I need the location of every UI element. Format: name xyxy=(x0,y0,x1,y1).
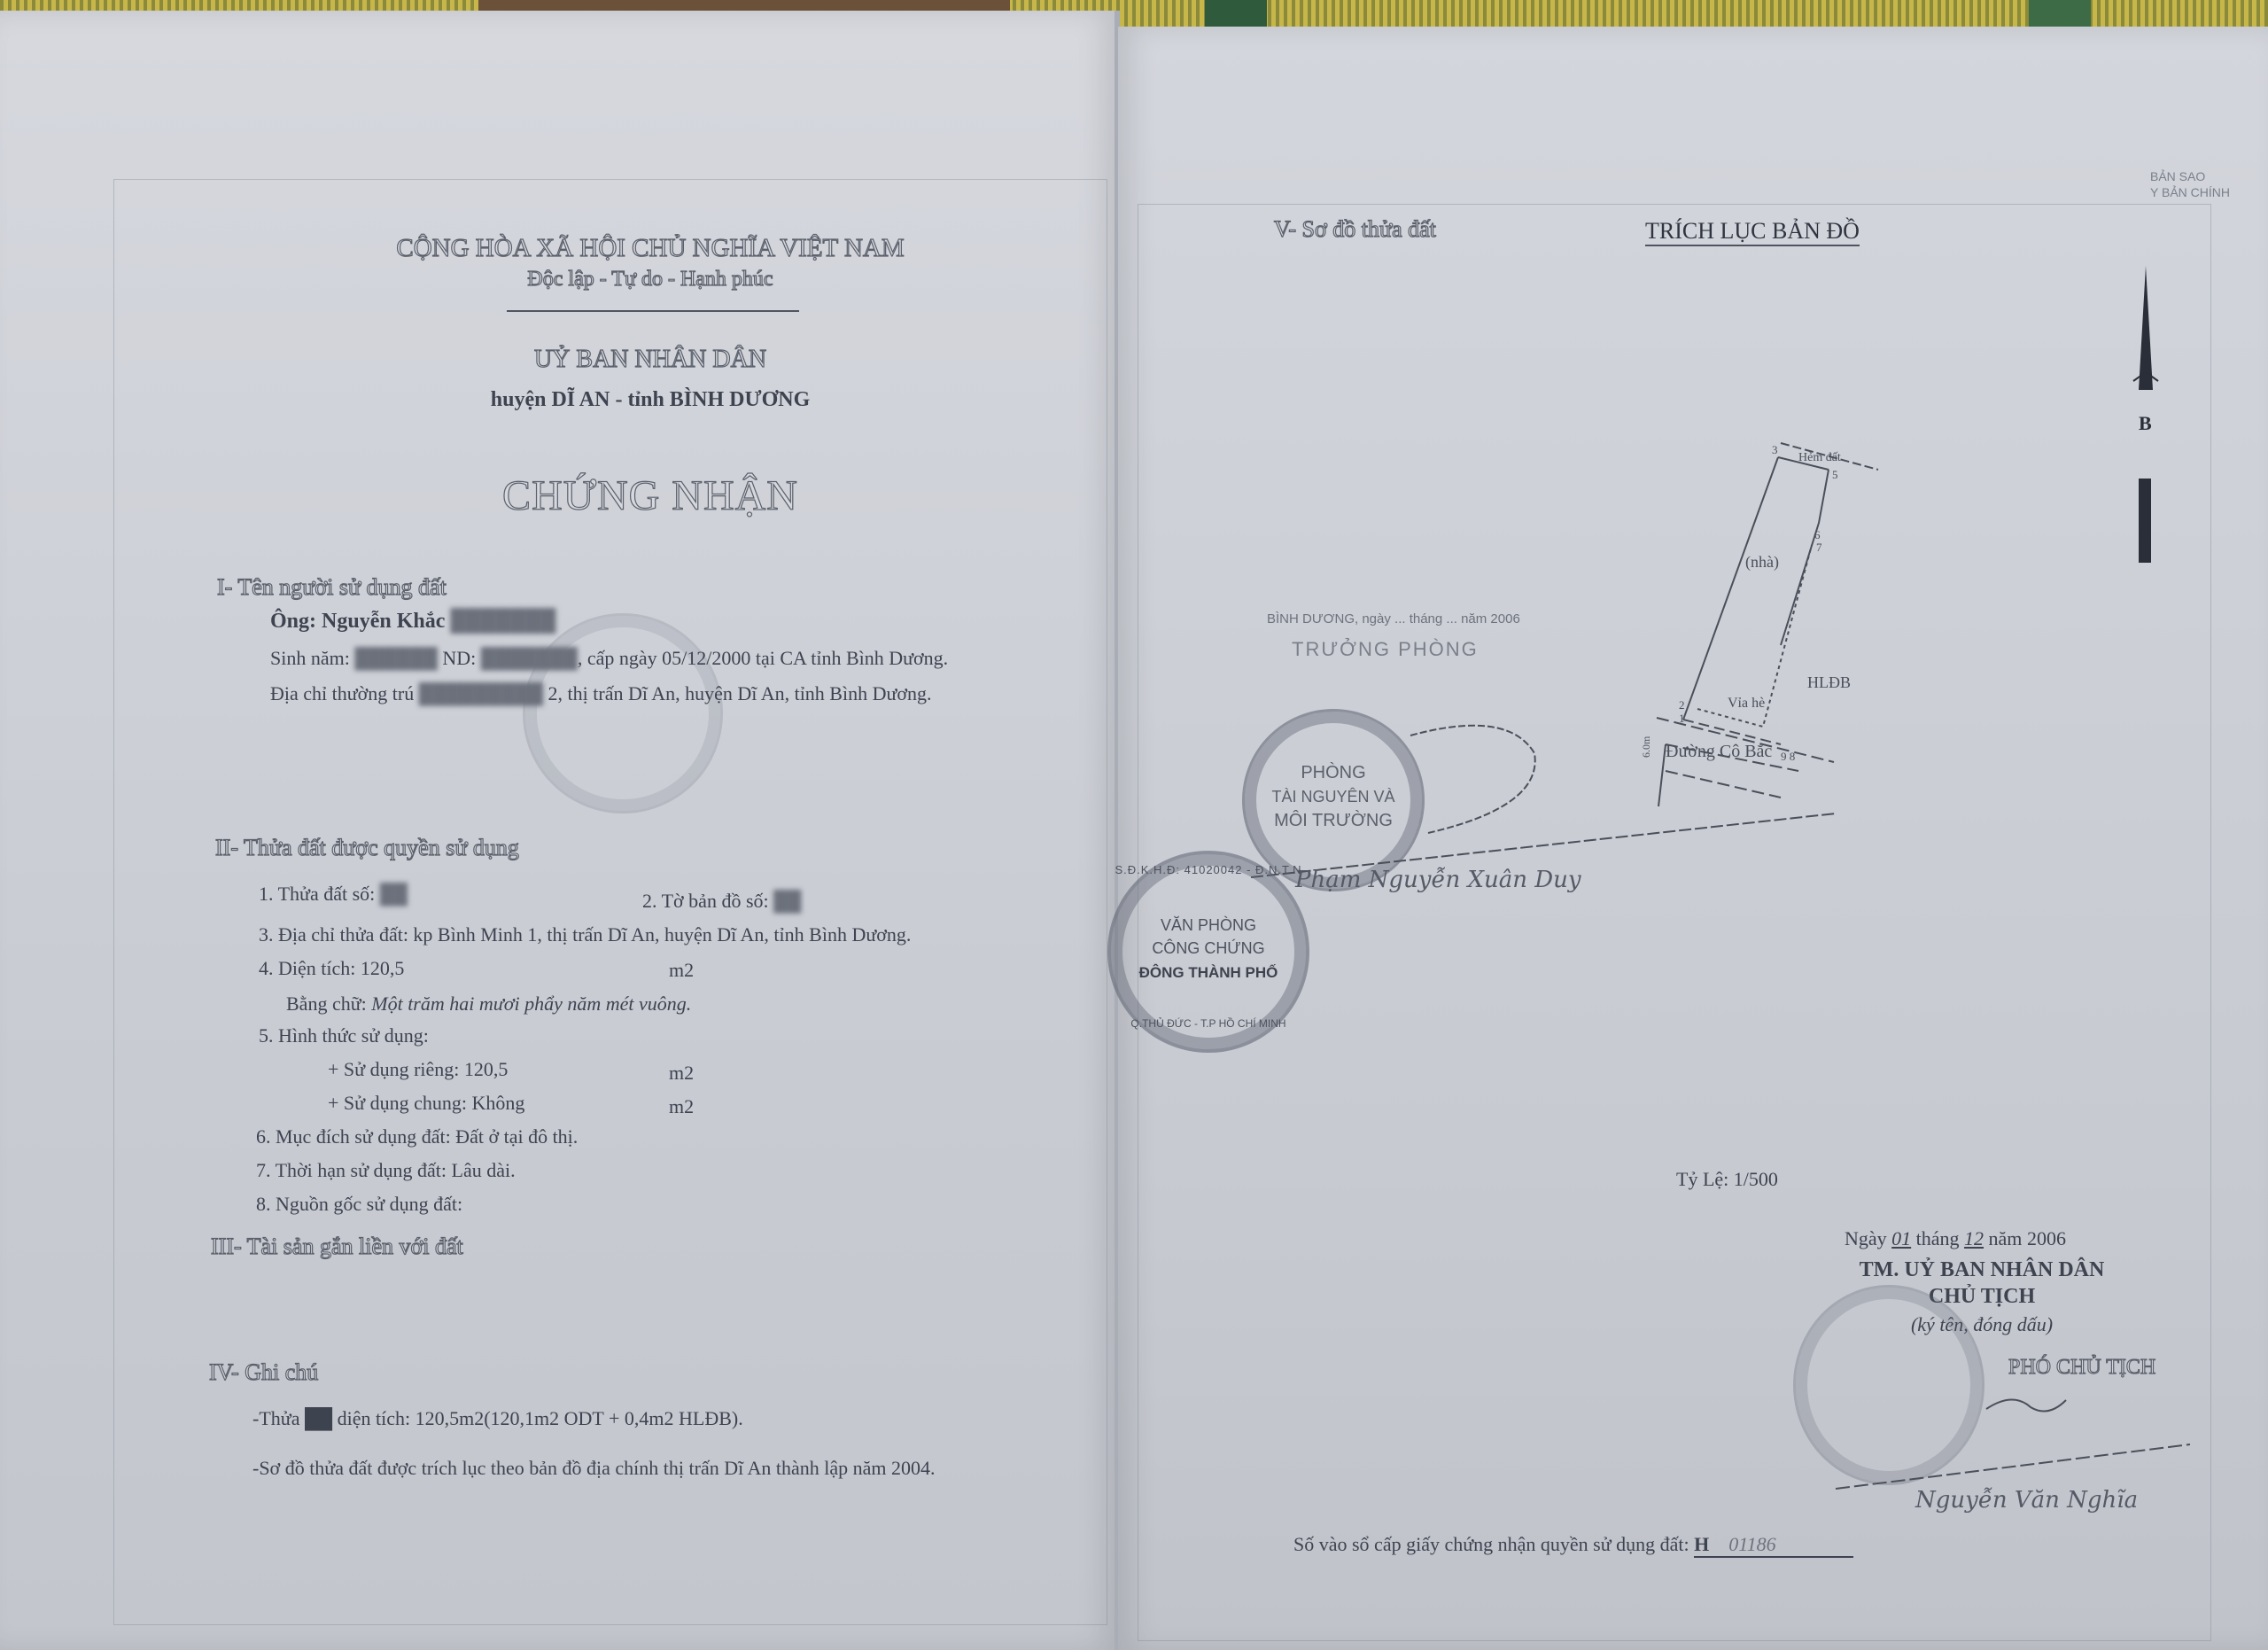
private-use: + Sử dụng riêng: 120,5 xyxy=(328,1058,508,1081)
map-sheet-label: 2. Tờ bản đồ số: xyxy=(642,890,769,912)
register-label: Số vào sổ cấp giấy chứng nhận quyền sử d… xyxy=(1293,1533,1689,1555)
shared-use: + Sử dụng chung: Không xyxy=(328,1092,524,1115)
corner-note-line: BẢN SAO xyxy=(2150,168,2230,184)
chairman-signature-stroke xyxy=(1774,1382,2199,1498)
owner-redacted: ███████ xyxy=(450,610,555,633)
signing-day: 01 xyxy=(1891,1227,1911,1249)
alley-label: Hẻm đất xyxy=(1798,451,1841,464)
register-number-line: Số vào sổ cấp giấy chứng nhận quyền sử d… xyxy=(1293,1533,1853,1558)
issuer-location: huyện DĨ AN - tỉnh BÌNH DƯƠNG xyxy=(491,388,811,412)
owner-birth-id: Sinh năm: ██████ ND: ███████, cấp ngày 0… xyxy=(270,647,948,670)
parcel-number-redacted: ██ xyxy=(380,883,408,905)
register-number-field: H 01186 xyxy=(1694,1533,1853,1558)
map-scale: Tỷ Lệ: 1/500 xyxy=(1676,1168,1778,1191)
map-title: TRÍCH LỤC BẢN ĐỒ xyxy=(1645,218,1860,246)
private-use-unit: m2 xyxy=(669,1062,694,1085)
certificate-left-page: CỘNG HÒA XÃ HỘI CHỦ NGHĨA VIỆT NAM Độc l… xyxy=(0,11,1118,1650)
signing-month: 12 xyxy=(1964,1227,1984,1249)
parcel-area: 4. Diện tích: 120,5 xyxy=(259,957,404,980)
note-2: -Sơ đồ thửa đất được trích lục theo bản … xyxy=(252,1457,936,1480)
land-purpose: 6. Mục đích sử dụng đất: Đất ở tại đô th… xyxy=(256,1125,578,1148)
corner-note-line: Y BẢN CHÍNH xyxy=(2150,184,2230,200)
land-term: 7. Thời hạn sử dụng đất: Lâu dài. xyxy=(256,1159,516,1182)
motto-underline xyxy=(507,310,799,312)
section2-heading: II- Thửa đất được quyền sử dụng xyxy=(215,835,519,861)
plot-point-5: 5 xyxy=(1832,468,1838,481)
plot-point-6: 6 xyxy=(1814,528,1821,541)
signing-date: Ngày 01 tháng 12 năm 2006 xyxy=(1845,1227,2066,1250)
address-redacted: █████████ xyxy=(419,682,543,704)
certification-title: TRƯỞNG PHÒNG xyxy=(1292,638,1479,661)
house-label: (nhà) xyxy=(1745,553,1779,572)
land-origin: 8. Nguồn gốc sử dụng đất: xyxy=(256,1193,462,1216)
notary-ring-bottom: Q.THỦ ĐỨC - T.P HỒ CHÍ MINH xyxy=(1111,1017,1306,1030)
address-label: Địa chỉ thường trú xyxy=(270,682,414,704)
area-words-label: Bằng chữ: xyxy=(286,992,367,1015)
plot-point-7: 7 xyxy=(1816,541,1822,554)
map-sheet-redacted: ██ xyxy=(773,890,801,912)
notary-line: VĂN PHÒNG xyxy=(1111,916,1306,935)
parcel-area-unit: m2 xyxy=(669,959,694,982)
owner-name: Ông: Nguyễn Khắc ███████ xyxy=(270,610,555,634)
notary-ring-top: S.Đ.K.H.Đ: 41020042 - Đ.N.T.N xyxy=(1111,863,1306,876)
plot-point-3: 3 xyxy=(1772,443,1778,456)
signing-org: TM. UỶ BAN NHÂN DÂN xyxy=(1860,1258,2105,1282)
register-number: 01186 xyxy=(1728,1533,1775,1555)
chairman-name: Nguyễn Văn Nghĩa xyxy=(1915,1487,2138,1514)
notary-line: CÔNG CHỨNG xyxy=(1111,939,1306,958)
area-in-words: Bằng chữ: Một trăm hai mươi phẩy năm mét… xyxy=(286,992,691,1016)
north-arrow-icon: B xyxy=(2126,248,2179,576)
hldb-label: HLĐB xyxy=(1807,673,1851,691)
certification-place-date: BÌNH DƯƠNG, ngày ... tháng ... năm 2006 xyxy=(1267,611,1520,627)
parcel-number-label: 1. Thửa đất số: xyxy=(259,883,375,905)
notary-line: ĐÔNG THÀNH PHỐ xyxy=(1111,964,1306,982)
owner-label: Ông: Nguyễn Khắc xyxy=(270,610,445,633)
address-rest: 2, thị trấn Dĩ An, huyện Dĩ An, tỉnh Bìn… xyxy=(548,682,932,704)
birth-label: Sinh năm: xyxy=(270,647,350,669)
notary-stamp: S.Đ.K.H.Đ: 41020042 - Đ.N.T.N VĂN PHÒNG … xyxy=(1107,851,1309,1053)
section5-heading: V- Sơ đồ thửa đất xyxy=(1274,216,1436,243)
land-office-signer: Phạm Nguyễn Xuân Duy xyxy=(1295,867,1581,893)
owner-address: Địa chỉ thường trú █████████ 2, thị trấn… xyxy=(270,682,932,705)
shared-use-unit: m2 xyxy=(669,1095,694,1118)
district-stamp-faded xyxy=(523,613,723,813)
certificate-right-page: V- Sơ đồ thửa đất TRÍCH LỤC BẢN ĐỒ 3 5 H… xyxy=(1118,27,2268,1650)
signing-year: 2006 xyxy=(2027,1227,2066,1249)
national-title: CỘNG HÒA XÃ HỘI CHỦ NGHĨA VIỆT NAM xyxy=(396,234,904,263)
birth-redacted: ██████ xyxy=(354,647,438,669)
map-sheet-number: 2. Tờ bản đồ số: ██ xyxy=(642,890,801,913)
register-prefix: H xyxy=(1694,1533,1709,1555)
id-label: ND: xyxy=(442,647,476,669)
id-issue: , cấp ngày 05/12/2000 tại CA tỉnh Bình D… xyxy=(578,647,948,669)
motto: Độc lập - Tự do - Hạnh phúc xyxy=(527,268,773,292)
area-words-value: Một trăm hai mươi phẩy năm mét vuông. xyxy=(371,992,691,1015)
usage-form: 5. Hình thức sử dụng: xyxy=(259,1024,429,1047)
corner-note: BẢN SAO Y BẢN CHÍNH xyxy=(2150,168,2230,200)
parcel-address: 3. Địa chỉ thửa đất: kp Bình Minh 1, thị… xyxy=(259,923,911,946)
section1-heading: I- Tên người sử dụng đất xyxy=(217,574,447,601)
section3-heading: III- Tài sản gắn liền với đất xyxy=(211,1234,463,1260)
issuer-title: UỶ BAN NHÂN DÂN xyxy=(534,346,766,374)
year-prefix: năm xyxy=(1989,1227,2023,1249)
north-label: B xyxy=(2139,412,2152,434)
parcel-number: 1. Thửa đất số: ██ xyxy=(259,883,408,906)
id-redacted: ███████ xyxy=(481,647,578,669)
deputy-title: PHÓ CHỦ TỊCH xyxy=(2008,1356,2155,1380)
month-prefix: tháng xyxy=(1916,1227,1960,1249)
note-1: -Thửa ██ diện tích: 120,5m2(120,1m2 ODT … xyxy=(252,1407,743,1430)
document-title: CHỨNG NHẬN xyxy=(502,471,798,520)
section4-heading: IV- Ghi chú xyxy=(209,1359,318,1386)
date-prefix: Ngày xyxy=(1845,1227,1887,1249)
